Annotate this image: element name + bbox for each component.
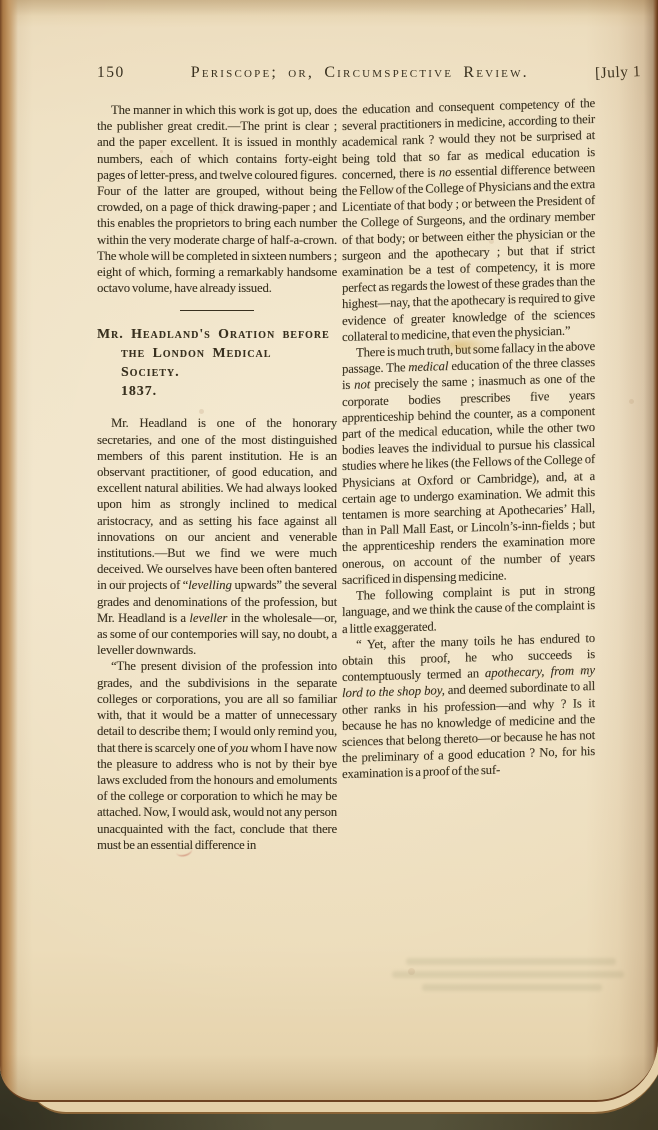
paragraph-text: The following complaint is put in strong… xyxy=(342,582,595,635)
italic-term: you xyxy=(230,741,248,755)
left-column: The manner in which this work is got up,… xyxy=(97,102,337,853)
left-page-edge xyxy=(0,0,18,1100)
paragraph-text: The manner in which this work is got up,… xyxy=(97,103,337,295)
paper-stain xyxy=(432,336,490,354)
gutter-shadow xyxy=(586,0,658,1100)
showthrough-ghost xyxy=(392,952,632,1004)
heading-line-1: Mr. Headland's Oration before xyxy=(97,326,330,341)
italic-term: levelling xyxy=(188,578,232,592)
italic-term: medical xyxy=(408,359,448,374)
paragraph-text: Mr. Headland is one of the honorary secr… xyxy=(97,416,337,592)
continuation-paragraph: the education and consequent competency … xyxy=(342,95,595,345)
italic-term: leveller xyxy=(189,611,227,625)
paragraph-text: whom I have now the pleasure to address … xyxy=(97,741,337,852)
right-column: the education and consequent competency … xyxy=(342,95,595,783)
italic-term: not xyxy=(354,378,370,392)
heading-line-3: 1837. xyxy=(97,381,337,400)
scanned-page: 150 Periscope; or, Circumspective Review… xyxy=(0,0,658,1102)
italic-term: no xyxy=(439,165,452,179)
scan-background: { "colors":{"paper":"#eee0c2","ink":"#38… xyxy=(0,0,658,1130)
paragraph-text: precisely the same ; inasmuch as one of … xyxy=(342,371,595,587)
bottom-edge-shadow xyxy=(0,1054,658,1100)
section-divider xyxy=(180,310,254,311)
issue-date: [July 1 xyxy=(595,63,642,83)
intro-paragraph: The manner in which this work is got up,… xyxy=(97,102,337,296)
paragraph: The following complaint is put in strong… xyxy=(342,581,595,637)
paragraph: There is much truth, but some fallacy in… xyxy=(342,338,595,588)
top-edge-shadow xyxy=(0,0,658,16)
article-heading: Mr. Headland's Oration beforethe London … xyxy=(97,324,337,400)
quoted-paragraph: “ Yet, after the many toils he has endur… xyxy=(342,630,595,783)
running-title: Periscope; or, Circumspective Review. xyxy=(125,64,595,82)
paragraph: Mr. Headland is one of the honorary secr… xyxy=(97,415,337,658)
running-header: 150 Periscope; or, Circumspective Review… xyxy=(97,64,641,82)
heading-line-2: the London Medical Society. xyxy=(97,343,337,381)
page-number: 150 xyxy=(97,64,125,82)
quoted-paragraph: “The present division of the profession … xyxy=(97,658,337,852)
paragraph-text: essential difference between the Fellow … xyxy=(342,161,595,344)
